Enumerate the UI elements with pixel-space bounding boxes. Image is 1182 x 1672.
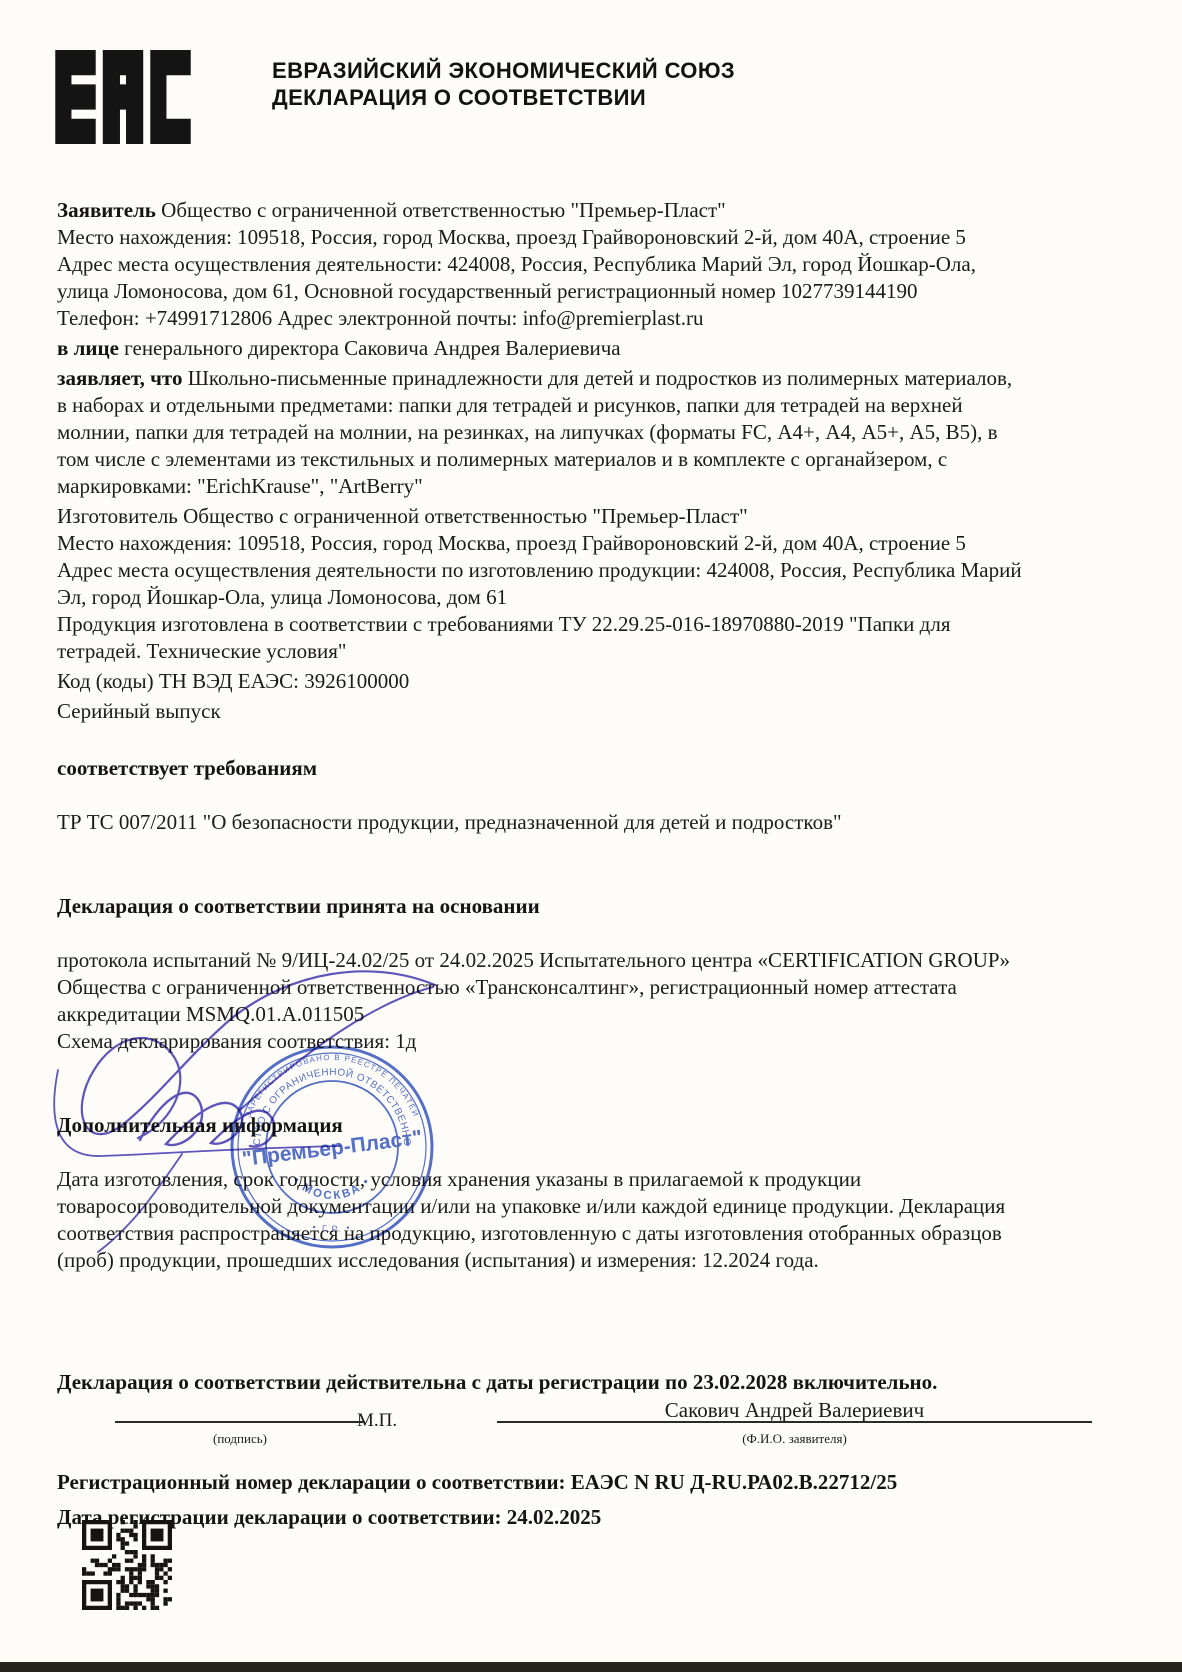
header-union-line: ЕВРАЗИЙСКИЙ ЭКОНОМИЧЕСКИЙ СОЮЗ [272, 57, 735, 84]
header-declaration-line: ДЕКЛАРАЦИЯ О СООТВЕТСТВИИ [272, 84, 735, 111]
declares-paragraph: заявляет, что Школьно-письменные принадл… [57, 365, 1123, 500]
qr-code [82, 1520, 172, 1610]
qr-finder-top-left [82, 1520, 112, 1550]
qr-finder-top-right [142, 1520, 172, 1550]
conforms-heading: соответствует требованиям [57, 755, 1123, 782]
eac-logo [55, 50, 191, 144]
handwritten-signature [40, 950, 480, 1270]
tnved-code-line: Код (коды) ТН ВЭД ЕАЭС: 3926100000 [57, 668, 1123, 695]
in-person-paragraph: в лице генерального директора Саковича А… [57, 335, 1123, 362]
manufacturer-paragraph: Изготовитель Общество с ограниченной отв… [57, 503, 1123, 665]
fio-line [497, 1421, 1092, 1423]
in-person-text: генерального директора Саковича Андрея В… [119, 336, 621, 360]
eac-letter-a [103, 50, 143, 144]
serial-release-line: Серийный выпуск [57, 698, 1123, 725]
applicant-paragraph: Заявитель Общество с ограниченной ответс… [57, 197, 1123, 332]
signature-line [115, 1421, 365, 1423]
validity-line: Декларация о соответствии действительна … [57, 1369, 1123, 1396]
applicant-fio: Сакович Андрей Валериевич [497, 1397, 1092, 1424]
conforms-text: ТР ТС 007/2011 "О безопасности продукции… [57, 809, 1123, 836]
document-body: Заявитель Общество с ограниченной ответс… [57, 197, 1123, 1534]
fio-caption: (Ф.И.О. заявителя) [497, 1425, 1092, 1452]
signature-row: Сакович Андрей Валериевич М.П. (подпись)… [57, 1399, 1123, 1469]
scan-edge-artifact [0, 1662, 1182, 1672]
document-header: ЕВРАЗИЙСКИЙ ЭКОНОМИЧЕСКИЙ СОЮЗ ДЕКЛАРАЦИ… [272, 57, 735, 111]
declares-label: заявляет, что [57, 366, 182, 390]
document-page: ЕВРАЗИЙСКИЙ ЭКОНОМИЧЕСКИЙ СОЮЗ ДЕКЛАРАЦИ… [0, 0, 1182, 1672]
registration-number-line: Регистрационный номер декларации о соотв… [57, 1469, 1123, 1496]
declares-text: Школьно-письменные принадлежности для де… [57, 366, 1012, 498]
qr-finder-bottom-left [82, 1580, 112, 1610]
applicant-text: Общество с ограниченной ответственностью… [57, 198, 976, 330]
eac-letter-e [55, 50, 95, 144]
signature-caption: (подпись) [115, 1425, 365, 1452]
applicant-label: Заявитель [57, 198, 156, 222]
basis-heading: Декларация о соответствии принята на осн… [57, 893, 1123, 920]
in-person-label: в лице [57, 336, 119, 360]
eac-letter-c [150, 50, 190, 144]
registration-date-line: Дата регистрации декларации о соответств… [57, 1504, 1123, 1531]
conforms-section: соответствует требованиям ТР ТС 007/2011… [57, 728, 1123, 863]
